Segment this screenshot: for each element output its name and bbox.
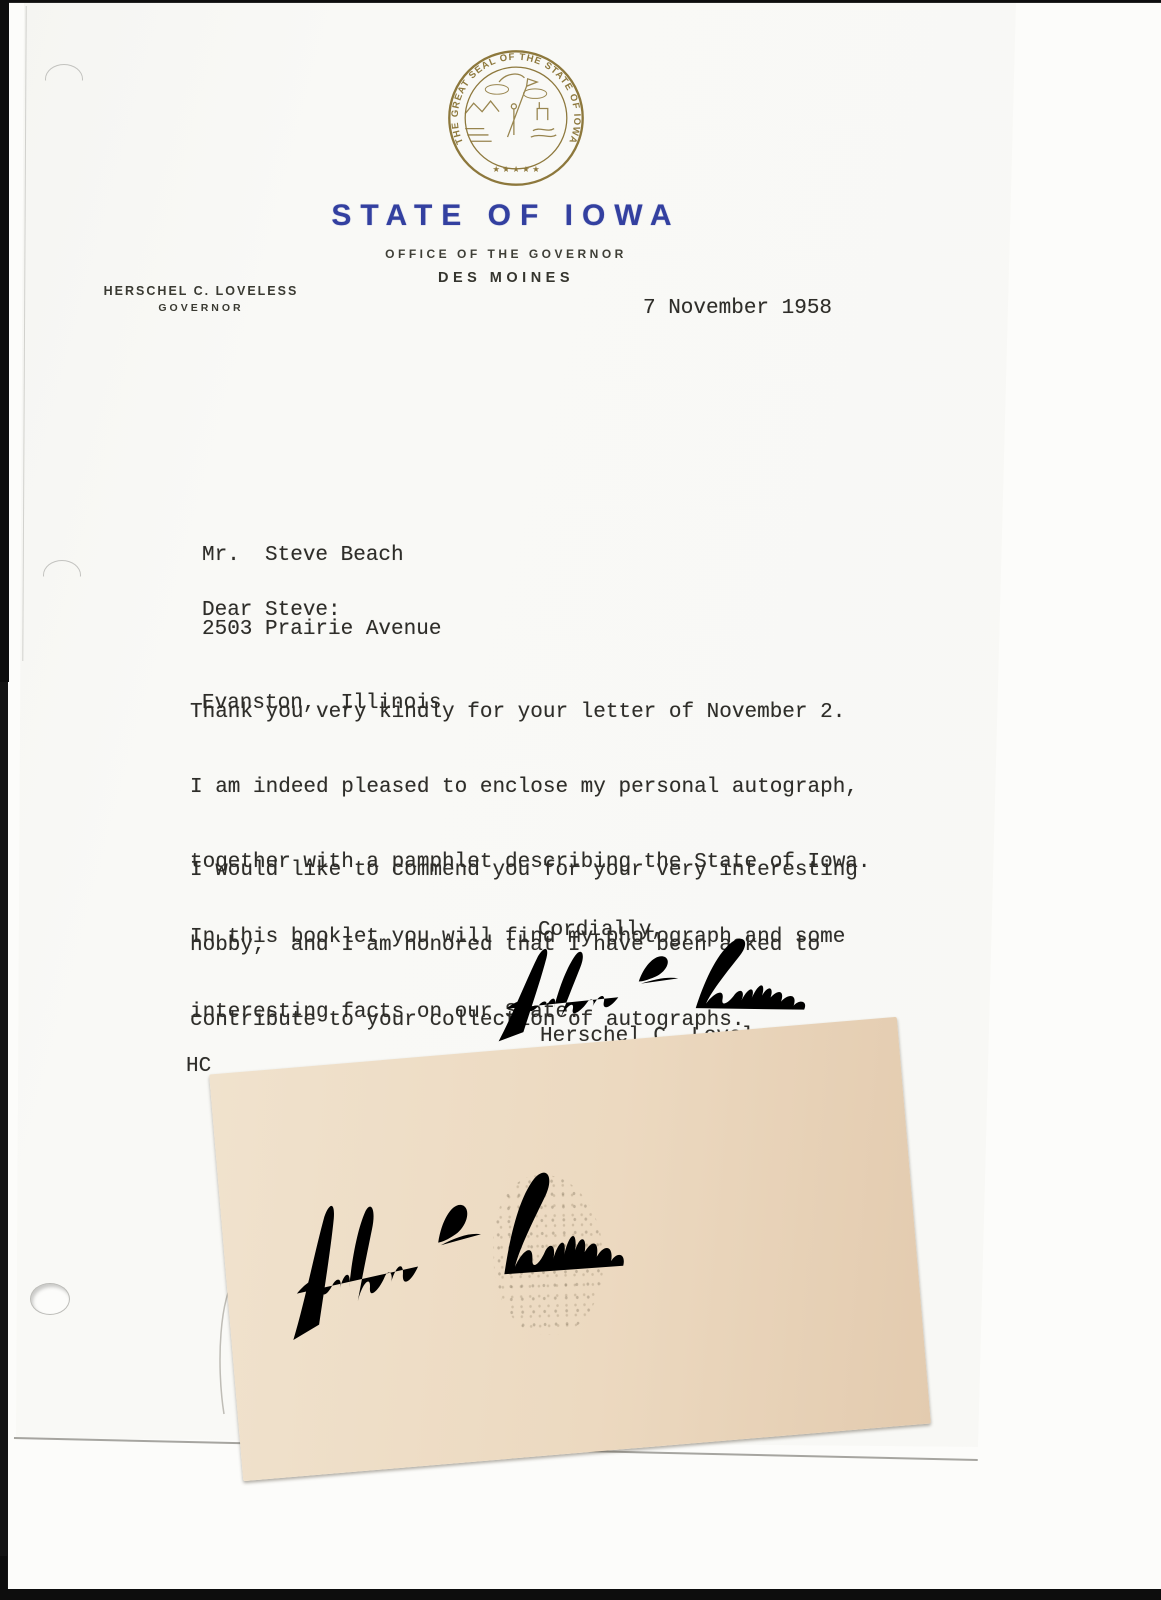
body-line: Thank you very kindly for your letter of… [190, 698, 871, 727]
governor-title: GOVERNOR [86, 302, 316, 314]
body-line: I am indeed pleased to enclose my person… [190, 773, 871, 802]
scan-edge-top [0, 0, 1161, 3]
iowa-state-seal: THE GREAT SEAL OF THE STATE OF IOWA ★ ★ … [444, 46, 588, 190]
punch-hole-middle [43, 560, 81, 590]
state-of-iowa-title: STATE OF IOWA [186, 199, 826, 233]
office-of-governor-line: OFFICE OF THE GOVERNOR [186, 247, 826, 261]
salutation: Dear Steve: [202, 599, 341, 622]
autograph-card [209, 1017, 931, 1481]
typist-initials: HC [186, 1055, 211, 1078]
governor-name: HERSCHEL C. LOVELESS [86, 284, 316, 298]
recipient-line: Mr. Steve Beach [202, 542, 441, 570]
scan-edge-bottom [0, 1589, 1161, 1600]
scanned-document: THE GREAT SEAL OF THE STATE OF IOWA ★ ★ … [0, 0, 1161, 1600]
body-line: I would like to commend you for your ver… [190, 856, 858, 885]
letter-date: 7 November 1958 [643, 297, 832, 320]
card-signature-herschel-c-loveless [269, 1146, 696, 1347]
punch-hole-bottom [30, 1283, 70, 1315]
punch-hole-top [45, 64, 83, 94]
scan-edge-left [0, 0, 9, 682]
seal-stars: ★ ★ ★ ★ ★ [492, 164, 539, 174]
governor-name-block: HERSCHEL C. LOVELESS GOVERNOR [86, 284, 316, 314]
